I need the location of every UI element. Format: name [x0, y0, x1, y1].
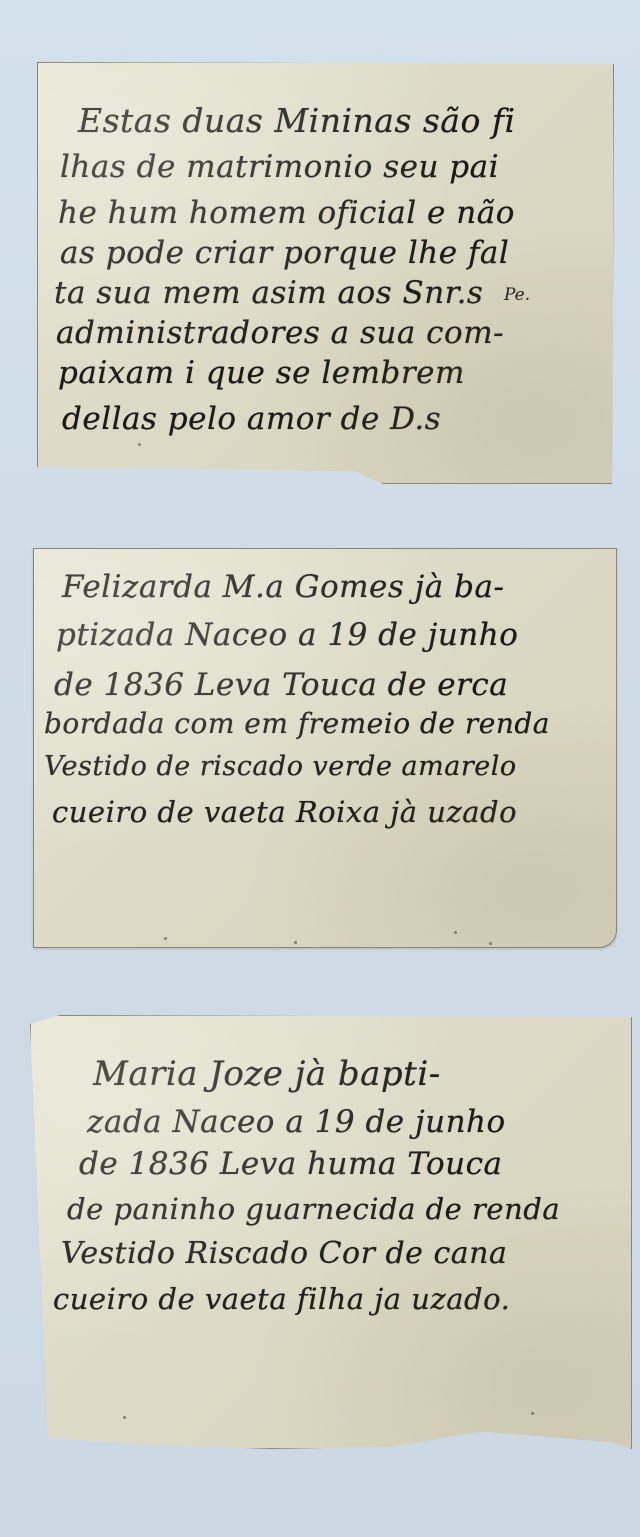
ink-speck	[138, 443, 141, 446]
ink-speck	[294, 941, 297, 944]
note-line: paixam i que se lembrem	[58, 355, 465, 391]
note-line: Vestido Riscado Cor de cana	[61, 1236, 507, 1271]
note-line: as pode criar porque lhe fal	[60, 235, 509, 271]
ink-speck	[531, 1412, 534, 1415]
note-line: cueiro de vaeta filha ja uzado.	[53, 1282, 510, 1316]
ink-speck	[164, 937, 167, 940]
ink-speck	[123, 1416, 126, 1419]
note-line: de 1836 Leva Touca de erca	[54, 667, 508, 703]
note-line: ptizada Naceo a 19 de junho	[56, 617, 518, 653]
handwritten-note-2: Felizarda M.a Gomes jà ba- ptizada Naceo…	[33, 548, 617, 948]
note-line: administradores a sua com-	[56, 315, 504, 351]
note-line: Vestido de riscado verde amarelo	[44, 751, 517, 782]
handwritten-note-1: Estas duas Mininas são fi lhas de matrim…	[37, 62, 614, 484]
note-line: dellas pelo amor de D.s	[62, 401, 441, 437]
note-annotation: Pe.	[504, 285, 530, 305]
note-line: he hum homem oficial e não	[58, 195, 515, 231]
note-line: de paninho guarnecida de renda	[67, 1192, 560, 1226]
note-line: lhas de matrimonio seu pai	[60, 149, 499, 185]
ink-speck	[489, 942, 492, 945]
note-line: de 1836 Leva huma Touca	[79, 1146, 502, 1182]
note-line: bordada com em fremeio de renda	[44, 707, 550, 740]
note-line: zada Naceo a 19 de junho	[87, 1104, 506, 1140]
note-line: Felizarda M.a Gomes jà ba-	[62, 569, 504, 605]
note-line: ta sua mem asim aos Snr.s	[54, 275, 483, 311]
ink-speck	[454, 931, 457, 934]
handwritten-note-3: Maria Joze jà bapti- zada Naceo a 19 de …	[30, 1015, 632, 1449]
note-line: Estas duas Mininas são fi	[78, 101, 516, 140]
note-line: cueiro de vaeta Roixa jà uzado	[52, 795, 517, 829]
note-line: Maria Joze jà bapti-	[93, 1054, 441, 1094]
